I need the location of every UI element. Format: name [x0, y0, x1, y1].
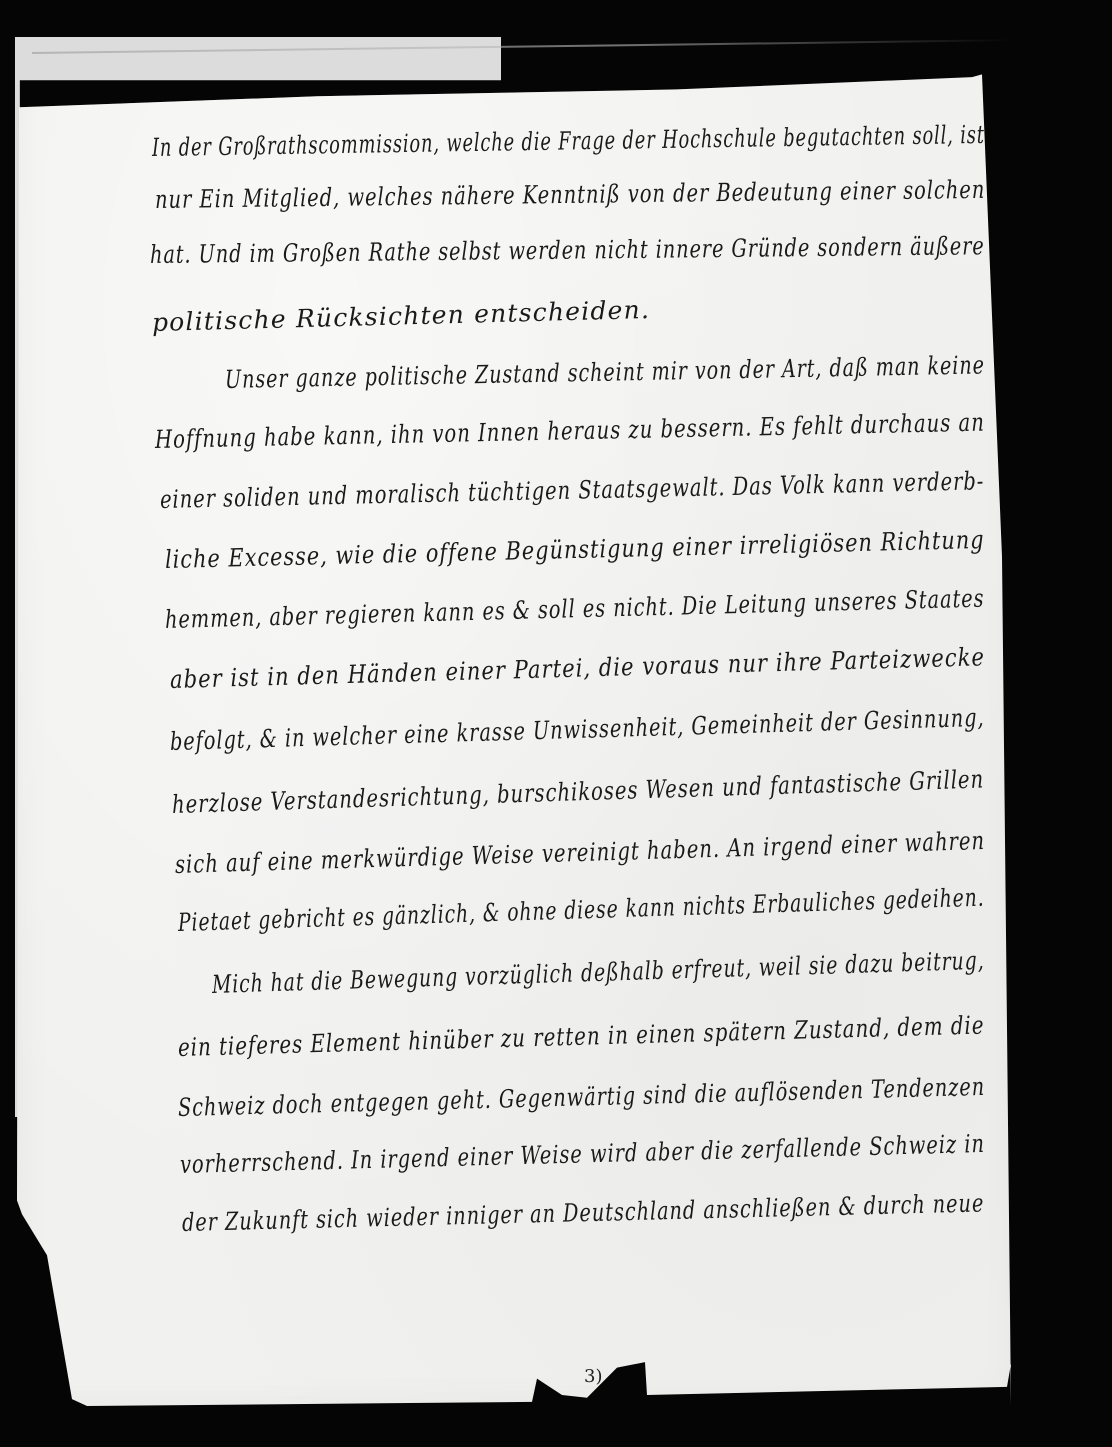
manuscript-text: ​ In der Großrathscommission, welche die… — [0, 0, 1112, 1447]
manuscript-line-4: politische Rücksichten entscheiden. — [152, 295, 651, 337]
manuscript-line-14: Pietaet gebricht es gänzlich, & ohne die… — [178, 883, 985, 937]
manuscript-line-7: einer soliden und moralisch tüchtigen St… — [160, 466, 985, 514]
manuscript-line-16: ein tieferes Element hinüber zu retten i… — [178, 1010, 985, 1062]
manuscript-line-8: liche Excesse, wie die offene Begünstigu… — [165, 525, 985, 574]
manuscript-line-5: Unser ganze politische Zustand scheint m… — [225, 350, 985, 394]
manuscript-line-9: hemmen, aber regieren kann es & soll es … — [165, 584, 985, 634]
manuscript-line-3: hat. Und im Großen Rathe selbst werden n… — [150, 231, 985, 269]
manuscript-line-19: der Zukunft sich wieder inniger an Deuts… — [182, 1188, 985, 1237]
manuscript-line-13: sich auf eine merkwürdige Weise vereinig… — [175, 826, 986, 879]
page-number-mark: 3) — [584, 1366, 602, 1387]
manuscript-line-12: herzlose Verstandesrichtung, burschikose… — [172, 764, 985, 819]
manuscript-line-11: befolgt, & in welcher eine krasse Unwiss… — [170, 703, 985, 756]
manuscript-line-17: Schweiz doch entgegen geht. Gegenwärtig … — [178, 1072, 986, 1122]
manuscript-line-10: aber ist in den Händen einer Partei, die… — [170, 642, 986, 694]
manuscript-line-2: nur Ein Mitglied, welches nähere Kenntni… — [155, 175, 986, 214]
manuscript-line-15: Mich hat die Bewegung vorzüglich deßhalb… — [212, 946, 985, 999]
manuscript-line-18: vorherrschend. In irgend einer Weise wir… — [180, 1129, 986, 1179]
manuscript-line-6: Hoffnung habe kann, ihn von Innen heraus… — [155, 408, 985, 454]
manuscript-line-1: In der Großrathscommission, welche die F… — [152, 120, 985, 162]
